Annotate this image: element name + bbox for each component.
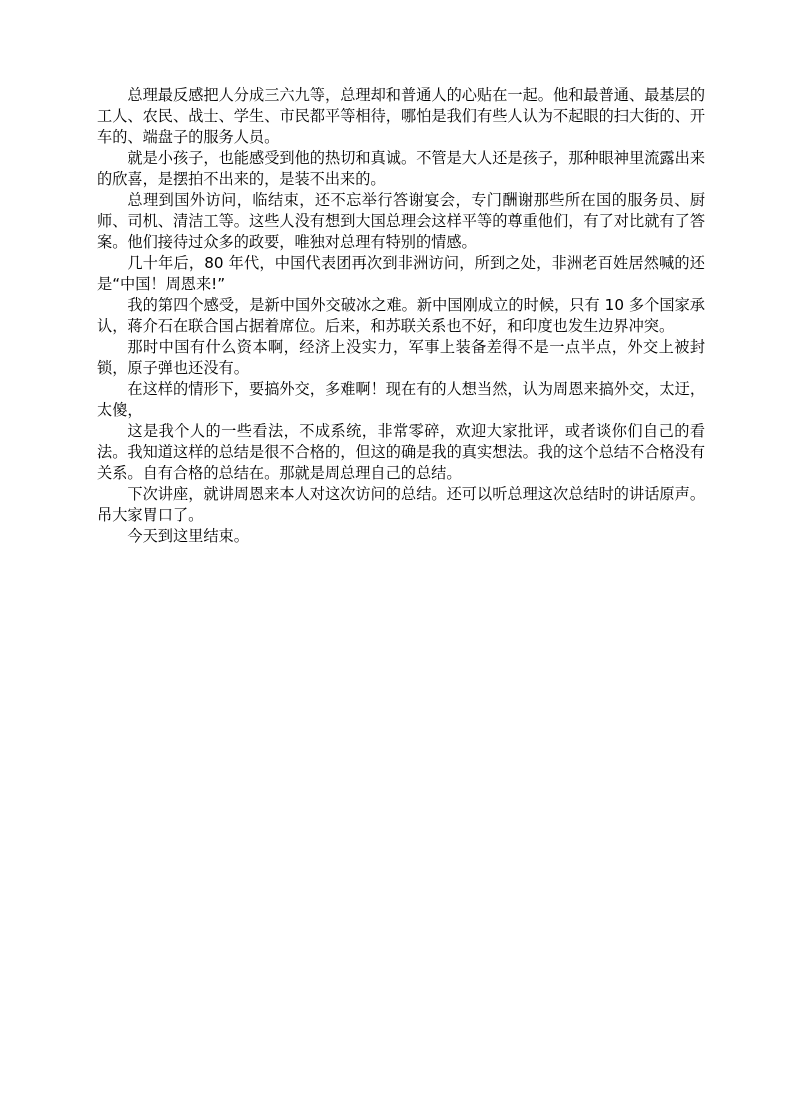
paragraph: 几十年后，80 年代，中国代表团再次到非洲访问，所到之处，非洲老百姓居然喊的还是…	[97, 253, 705, 295]
paragraph: 今天到这里结束。	[97, 526, 705, 547]
paragraph: 总理最反感把人分成三六九等，总理却和普通人的心贴在一起。他和最普通、最基层的工人…	[97, 85, 705, 148]
paragraph: 这是我个人的一些看法，不成系统，非常零碎，欢迎大家批评，或者谈你们自己的看法。我…	[97, 421, 705, 484]
paragraph: 总理到国外访问，临结束，还不忘举行答谢宴会，专门酬谢那些所在国的服务员、厨师、司…	[97, 190, 705, 253]
paragraph: 就是小孩子，也能感受到他的热切和真诚。不管是大人还是孩子，那种眼神里流露出来的欣…	[97, 148, 705, 190]
paragraph: 我的第四个感受，是新中国外交破冰之难。新中国刚成立的时候，只有 10 多个国家承…	[97, 295, 705, 337]
document-body: 总理最反感把人分成三六九等，总理却和普通人的心贴在一起。他和最普通、最基层的工人…	[97, 85, 705, 547]
document-page: 总理最反感把人分成三六九等，总理却和普通人的心贴在一起。他和最普通、最基层的工人…	[0, 0, 800, 1100]
paragraph: 下次讲座，就讲周恩来本人对这次访问的总结。还可以听总理这次总结时的讲话原声。吊大…	[97, 484, 705, 526]
paragraph: 那时中国有什么资本啊，经济上没实力，军事上装备差得不是一点半点，外交上被封锁，原…	[97, 337, 705, 379]
paragraph: 在这样的情形下，要搞外交，多难啊！现在有的人想当然，认为周恩来搞外交，太迂，太傻…	[97, 379, 705, 421]
